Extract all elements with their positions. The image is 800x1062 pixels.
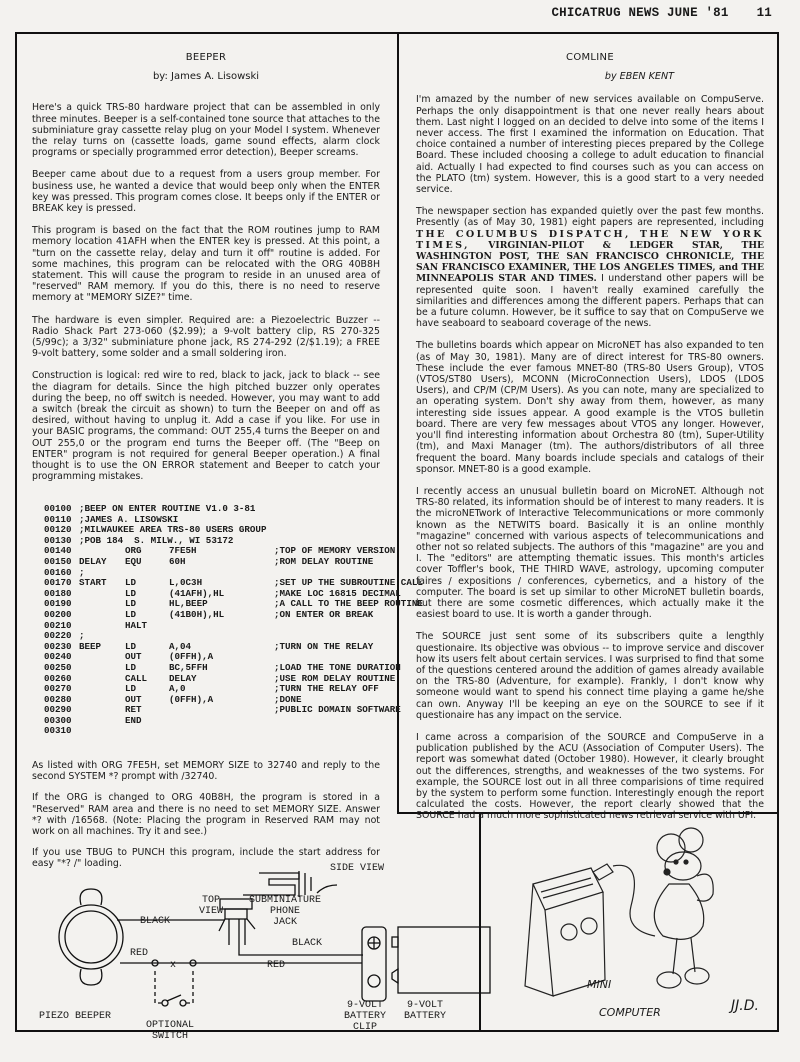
code-ln: 00310	[44, 726, 79, 737]
code-op: LD	[125, 610, 169, 621]
paragraph: I'm amazed by the number of new services…	[416, 94, 764, 195]
code-label: START	[79, 578, 125, 589]
code-line: 00210HALT	[44, 621, 423, 632]
code-label	[79, 610, 125, 621]
code-line: 00150DELAYEQU60H;ROM DELAY ROUTINE	[44, 557, 423, 568]
phone-jack-label: SUBMINIATURE PHONE JACK	[249, 895, 321, 928]
code-arg: BC,5FFH	[169, 663, 274, 674]
code-label	[79, 674, 125, 685]
top-view-label: TOP VIEW	[199, 895, 223, 917]
code-arg	[169, 716, 274, 727]
code-line: 00300END	[44, 716, 423, 727]
code-op: HALT	[125, 621, 169, 632]
article-byline: by: James A. Lisowski	[32, 71, 380, 82]
article-byline: by EBEN KENT	[416, 71, 764, 82]
beeper-article: BEEPER by: James A. Lisowski Here's a qu…	[32, 52, 380, 494]
paragraph: The newspaper section has expanded quiet…	[416, 206, 764, 329]
code-line: 00250LDBC,5FFH;LOAD THE TONE DURATION	[44, 663, 423, 674]
code-label	[79, 695, 125, 706]
code-arg	[169, 705, 274, 716]
code-comment: ;ROM DELAY ROUTINE	[274, 557, 373, 568]
code-label	[79, 599, 125, 610]
page-header: CHICATRUG NEWS JUNE '8111	[551, 6, 772, 20]
publication-title: CHICATRUG NEWS JUNE '81	[551, 6, 728, 20]
comline-article: COMLINE by EBEN KENT I'm amazed by the n…	[416, 52, 764, 833]
piezo-beeper-label: PIEZO BEEPER	[39, 1011, 111, 1022]
paragraph: Here's a quick TRS-80 hardware project t…	[32, 102, 380, 158]
code-comment: ;PUBLIC DOMAIN SOFTWARE	[274, 705, 401, 716]
code-comment: ;LOAD THE TONE DURATION	[274, 663, 401, 674]
code-arg	[169, 621, 274, 632]
code-line: 00100;BEEP ON ENTER ROUTINE V1.0 3-81	[44, 504, 423, 515]
mini-computer-cartoon: MINI COMPUTER JJ.D.	[481, 814, 777, 1030]
code-label	[79, 663, 125, 674]
code-ln: 00150	[44, 557, 79, 568]
code-line: 00270LDA,0;TURN THE RELAY OFF	[44, 684, 423, 695]
code-label	[79, 705, 125, 716]
svg-text:x: x	[170, 960, 176, 971]
paragraph: As listed with ORG 7FE5H, set MEMORY SIZ…	[32, 760, 380, 782]
code-line: 00230BEEPLDA,04;TURN ON THE RELAY	[44, 642, 423, 653]
paragraph-lead: The newspaper section has expanded quiet…	[416, 206, 764, 228]
code-label	[79, 589, 125, 600]
paragraph: The bulletins boards which appear on Mic…	[416, 340, 764, 474]
article-title: COMLINE	[416, 52, 764, 63]
red-wire-label-2: RED	[267, 960, 285, 971]
code-ln: 00250	[44, 663, 79, 674]
paragraph: Construction is logical: red wire to red…	[32, 370, 380, 482]
side-view-label: SIDE VIEW	[330, 863, 384, 874]
battery-clip-label: 9-VOLT BATTERY CLIP	[344, 1000, 386, 1033]
paragraph: The hardware is even simpler. Required a…	[32, 315, 380, 360]
code-op: LD	[125, 663, 169, 674]
code-label	[79, 684, 125, 695]
battery-label: 9-VOLT BATTERY	[404, 1000, 446, 1022]
code-ln: 00200	[44, 610, 79, 621]
code-arg: (41B0H),HL	[169, 610, 274, 621]
code-label	[79, 716, 125, 727]
red-wire-label: RED	[130, 948, 148, 959]
piezo-tab-top	[80, 889, 102, 905]
code-label: ;POB 184 S. MILW., WI 53172	[79, 536, 233, 547]
code-line: 00310	[44, 726, 423, 737]
code-label: BEEP	[79, 642, 125, 653]
black-wire-label-2: BLACK	[292, 938, 322, 949]
code-label: DELAY	[79, 557, 125, 568]
code-op: EQU	[125, 557, 169, 568]
code-label: ;BEEP ON ENTER ROUTINE V1.0 3-81	[79, 504, 255, 515]
code-ln: 00100	[44, 504, 79, 515]
page-number: 11	[757, 6, 772, 20]
code-arg: (0FFH),A	[169, 695, 274, 706]
code-line: 00290RET;PUBLIC DOMAIN SOFTWARE	[44, 705, 423, 716]
code-arg: 60H	[169, 557, 274, 568]
paragraph: Beeper came about due to a request from …	[32, 169, 380, 214]
assembly-listing: 00100;BEEP ON ENTER ROUTINE V1.0 3-81001…	[44, 504, 423, 737]
code-line: 00200LD(41B0H),HL;ON ENTER OR BREAK	[44, 610, 423, 621]
black-wire-label: BLACK	[140, 916, 170, 927]
optional-switch-label: OPTIONAL SWITCH	[146, 1020, 194, 1042]
code-label	[79, 621, 125, 632]
cartoon-caption-computer: COMPUTER	[599, 1006, 661, 1019]
cartoon-caption-mini: MINI	[587, 978, 611, 991]
paragraph: The SOURCE just sent some of its subscri…	[416, 631, 764, 721]
code-op: END	[125, 716, 169, 727]
code-comment: ;TURN ON THE RELAY	[274, 642, 373, 653]
paragraph: This program is based on the fact that t…	[32, 225, 380, 303]
artist-signature: JJ.D.	[731, 998, 759, 1014]
paragraph: I came across a comparision of the SOURC…	[416, 732, 764, 822]
code-comment: ;ON ENTER OR BREAK	[274, 610, 373, 621]
paragraph: If the ORG is changed to ORG 40B8H, the …	[32, 792, 380, 837]
paragraph: I recently access an unusual bulletin bo…	[416, 486, 764, 620]
code-label	[79, 652, 125, 663]
article-title: BEEPER	[32, 52, 380, 63]
